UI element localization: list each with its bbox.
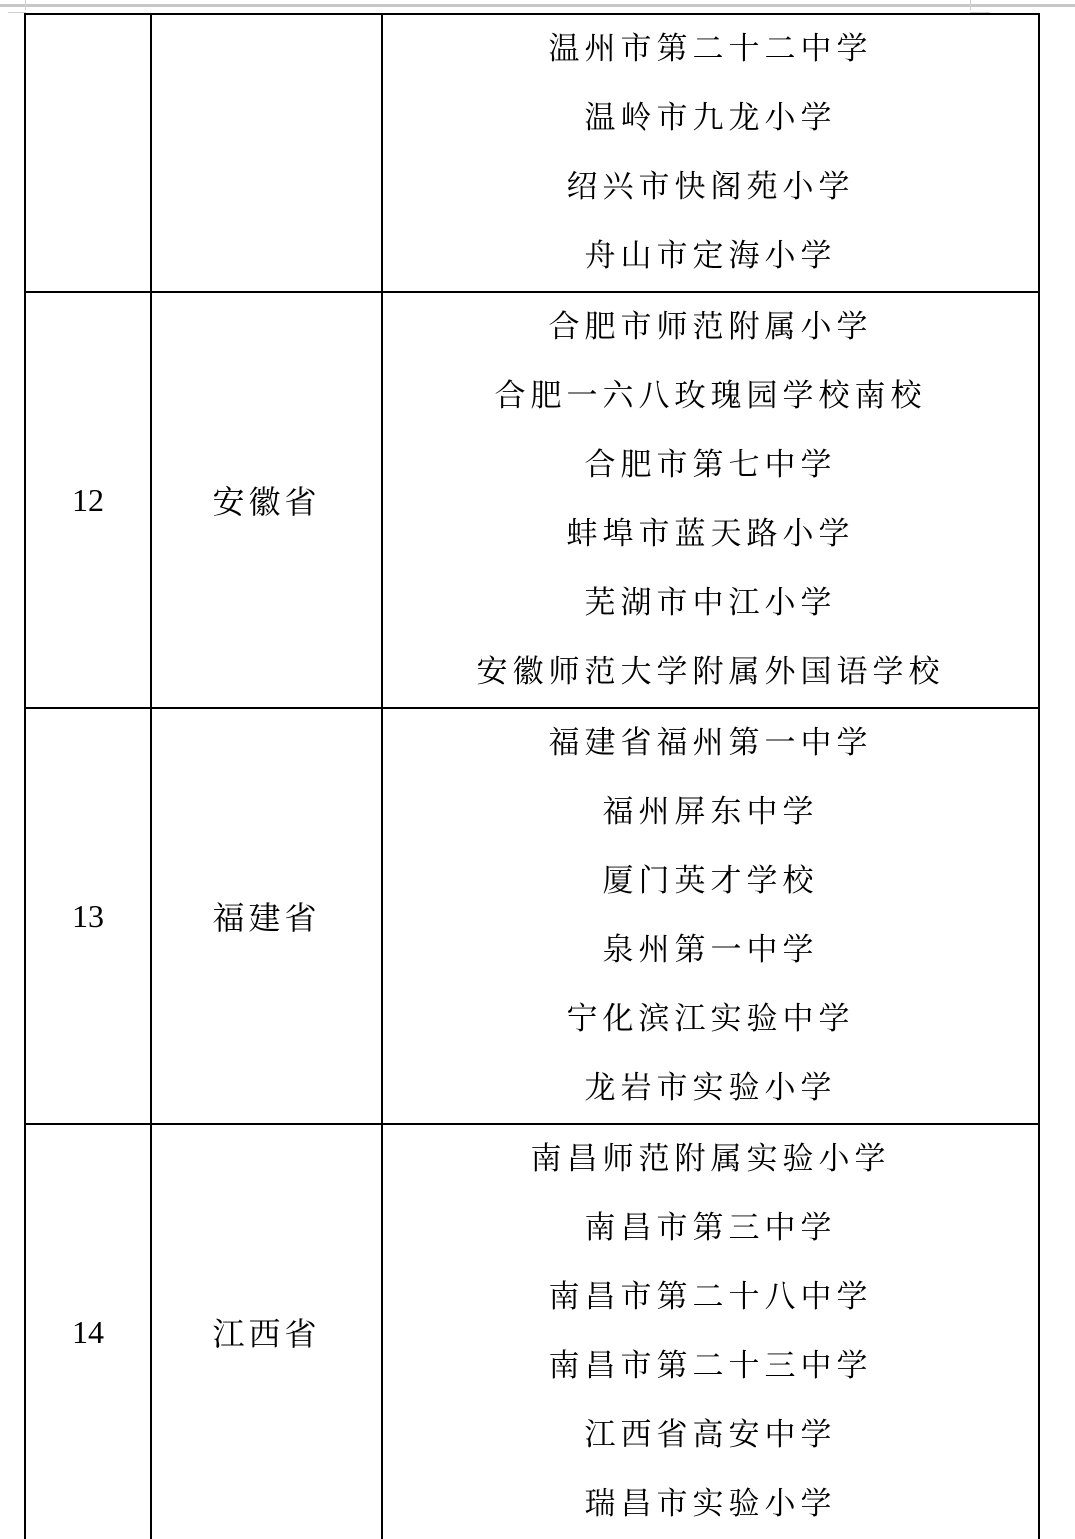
school-name: 蚌埠市蓝天路小学	[567, 500, 855, 569]
school-name: 合肥一六八玫瑰园学校南校	[495, 362, 927, 431]
table-row: 12 安徽省 合肥市师范附属小学 合肥一六八玫瑰园学校南校 合肥市第七中学 蚌埠…	[25, 292, 1039, 708]
school-list: 福建省福州第一中学 福州屏东中学 厦门英才学校 泉州第一中学 宁化滨江实验中学 …	[383, 709, 1038, 1123]
schools-table: 温州市第二十二中学 温岭市九龙小学 绍兴市快阁苑小学 舟山市定海小学 12 安徽…	[24, 13, 1040, 1539]
school-name: 南昌市第二十三中学	[549, 1332, 873, 1401]
school-name: 厦门英才学校	[603, 847, 819, 916]
school-name: 绍兴市快阁苑小学	[567, 153, 855, 222]
page-top-edge	[0, 4, 1075, 7]
school-name: 泉州第一中学	[603, 916, 819, 985]
school-list: 合肥市师范附属小学 合肥一六八玫瑰园学校南校 合肥市第七中学 蚌埠市蓝天路小学 …	[383, 293, 1038, 707]
school-name: 温岭市九龙小学	[585, 84, 837, 153]
margin-mark-right	[970, 0, 971, 10]
schools-cell: 福建省福州第一中学 福州屏东中学 厦门英才学校 泉州第一中学 宁化滨江实验中学 …	[382, 708, 1039, 1124]
province-cell: 福建省	[151, 708, 382, 1124]
province-cell: 江西省	[151, 1124, 382, 1539]
school-name: 合肥市师范附属小学	[549, 293, 873, 362]
table-row: 13 福建省 福建省福州第一中学 福州屏东中学 厦门英才学校 泉州第一中学 宁化…	[25, 708, 1039, 1124]
school-name: 瑞昌市实验小学	[585, 1470, 837, 1539]
table-row: 温州市第二十二中学 温岭市九龙小学 绍兴市快阁苑小学 舟山市定海小学	[25, 14, 1039, 292]
row-index-cell	[25, 14, 151, 292]
school-name: 南昌师范附属实验小学	[531, 1125, 891, 1194]
school-name: 芜湖市中江小学	[585, 569, 837, 638]
province-cell: 安徽省	[151, 292, 382, 708]
schools-cell: 温州市第二十二中学 温岭市九龙小学 绍兴市快阁苑小学 舟山市定海小学	[382, 14, 1039, 292]
school-name: 福州屏东中学	[603, 778, 819, 847]
school-name: 南昌市第三中学	[585, 1194, 837, 1263]
schools-cell: 南昌师范附属实验小学 南昌市第三中学 南昌市第二十八中学 南昌市第二十三中学 江…	[382, 1124, 1039, 1539]
schools-cell: 合肥市师范附属小学 合肥一六八玫瑰园学校南校 合肥市第七中学 蚌埠市蓝天路小学 …	[382, 292, 1039, 708]
school-list: 南昌师范附属实验小学 南昌市第三中学 南昌市第二十八中学 南昌市第二十三中学 江…	[383, 1125, 1038, 1539]
school-name: 南昌市第二十八中学	[549, 1263, 873, 1332]
school-name: 龙岩市实验小学	[585, 1054, 837, 1123]
table-row: 14 江西省 南昌师范附属实验小学 南昌市第三中学 南昌市第二十八中学 南昌市第…	[25, 1124, 1039, 1539]
school-name: 福建省福州第一中学	[549, 709, 873, 778]
school-name: 舟山市定海小学	[585, 222, 837, 291]
school-list: 温州市第二十二中学 温岭市九龙小学 绍兴市快阁苑小学 舟山市定海小学	[383, 15, 1038, 291]
school-name: 合肥市第七中学	[585, 431, 837, 500]
margin-mark-left	[25, 0, 26, 10]
school-name: 江西省高安中学	[585, 1401, 837, 1470]
school-name: 安徽师范大学附属外国语学校	[477, 638, 945, 707]
row-index-cell: 13	[25, 708, 151, 1124]
province-cell	[151, 14, 382, 292]
school-name: 宁化滨江实验中学	[567, 985, 855, 1054]
row-index-cell: 12	[25, 292, 151, 708]
school-name: 温州市第二十二中学	[549, 15, 873, 84]
row-index-cell: 14	[25, 1124, 151, 1539]
